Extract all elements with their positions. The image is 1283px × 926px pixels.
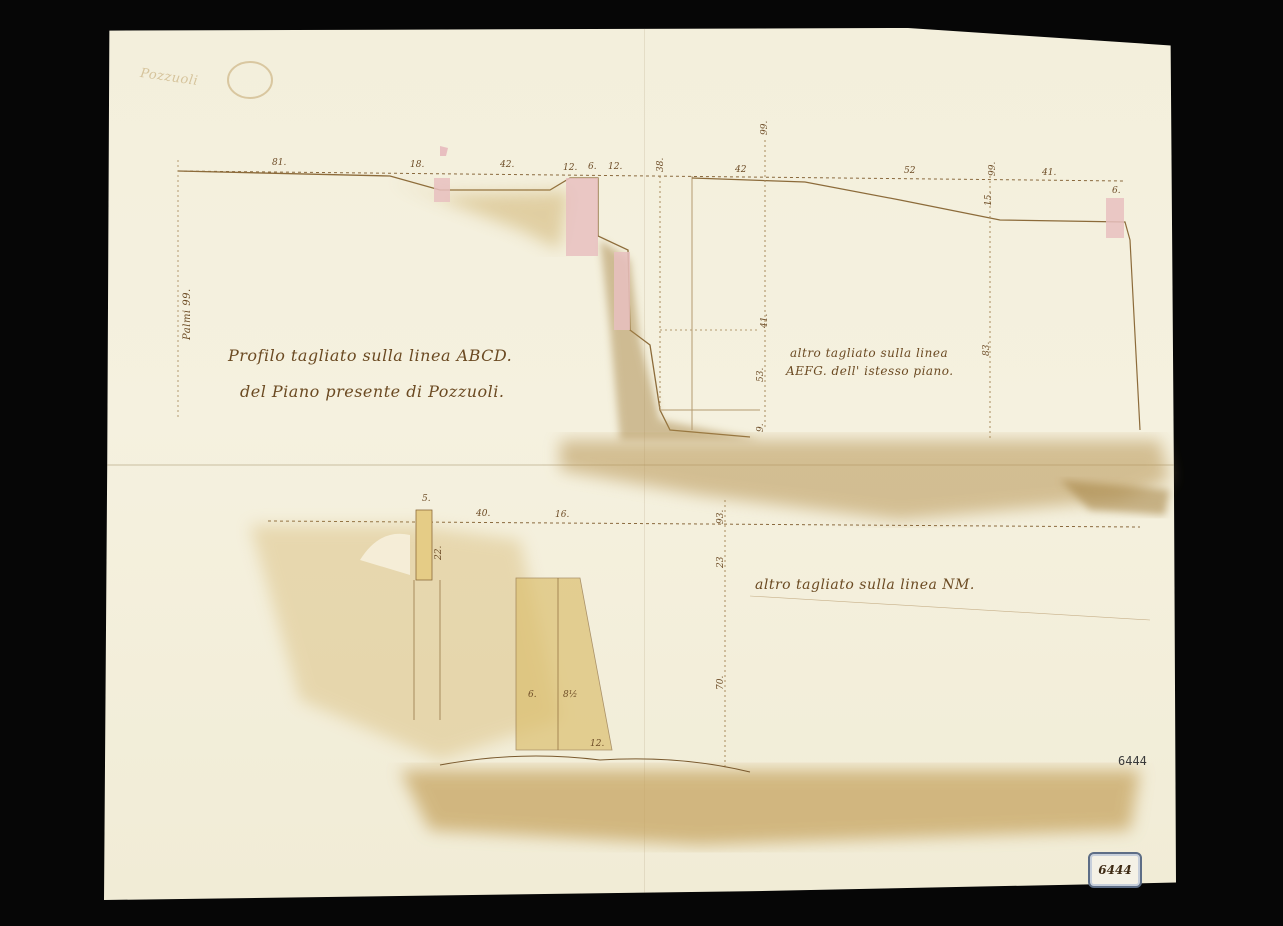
measure: 18. [410,160,424,170]
measure: 6. [588,162,597,172]
measure: 8½ [563,690,577,700]
measure: 42 [735,165,746,175]
measure: 6. [1112,186,1121,196]
section-nm [250,500,1150,845]
height: 23 [716,557,726,568]
height: 93. [716,510,726,524]
section-1-vertical-label: Palmi 99. [182,288,193,340]
section-3-caption: altro tagliato sulla linea NM. [755,577,975,593]
measure: 5. [422,494,431,504]
height: 99. [760,121,770,135]
measure: 22. [434,546,444,560]
measure: 12. [590,739,604,749]
height: 15. [984,192,994,206]
section-1-caption-line1: Profilo tagliato sulla linea ABCD. [228,346,512,365]
measure: 12. [608,162,622,172]
inventory-number: 6444 [1118,754,1147,768]
measure: 42. [500,160,514,170]
height: 41. [760,314,770,328]
measure: 16. [555,510,569,520]
section-aefg [560,140,1170,520]
height: 53. [756,368,766,382]
section-2-caption-line2: AEFG. dell' istesso piano. [786,364,954,378]
section-2-caption-line1: altro tagliato sulla linea [790,346,948,360]
section-1-caption-line2: del Piano presente di Pozzuoli. [240,382,505,401]
height: 70. [716,676,726,690]
measure: 81. [272,158,286,168]
measure: 6. [528,690,537,700]
measure: 12. [563,163,577,173]
height: 99. [988,162,998,176]
profile-drawings [0,0,1283,926]
archive-label-text: 6444 [1098,863,1131,877]
measure: 40. [476,509,490,519]
archive-label: 6444 [1088,852,1142,888]
height: 9. [756,423,766,432]
measure: 38. [656,158,666,172]
measure: 41. [1042,168,1056,178]
measure: 52 [904,166,915,176]
height: 83. [982,342,992,356]
